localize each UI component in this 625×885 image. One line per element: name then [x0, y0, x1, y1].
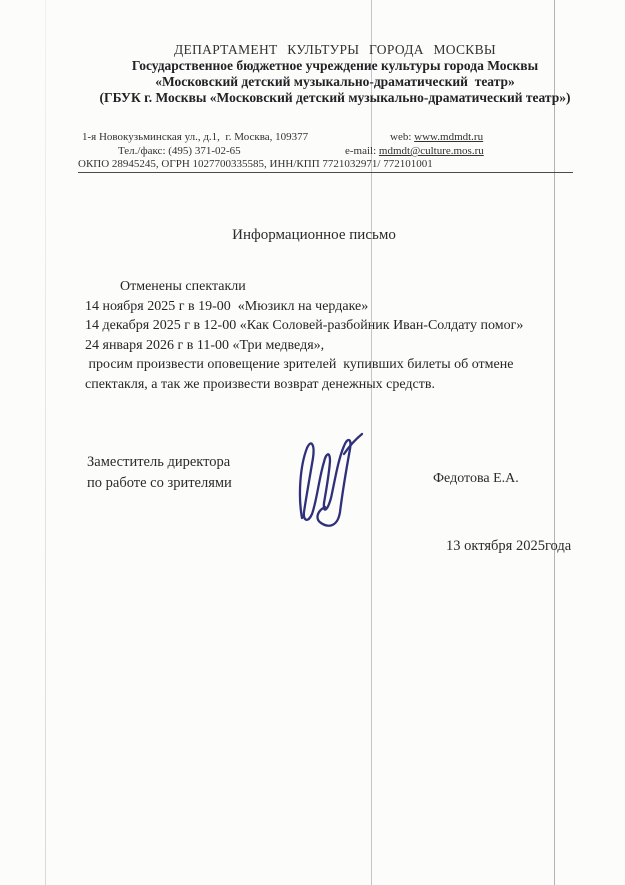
- web-label: web:: [390, 131, 414, 143]
- scanned-letter-page: ДЕПАРТАМЕНТ КУЛЬТУРЫ ГОРОДА МОСКВЫ Госуд…: [0, 0, 625, 885]
- signer-position-line2: по работе со зрителями: [87, 473, 232, 494]
- web-row: web: www.mdmdt.ru: [390, 131, 483, 143]
- body-line-cancelled: Отменены спектакли: [85, 277, 585, 297]
- email-label: e-mail:: [345, 145, 379, 157]
- phone-fax: Тел./факс: (495) 371-02-65: [118, 145, 241, 157]
- body-line-request1: просим произвести оповещение зрителей ку…: [85, 355, 585, 375]
- body-line-show1: 14 ноября 2025 г в 19-00 «Мюзикл на черд…: [85, 297, 585, 317]
- body-line-show3: 24 января 2026 г в 11-00 «Три медведя»,: [85, 336, 585, 356]
- scan-fold-line-right: [554, 0, 555, 885]
- department-name: ДЕПАРТАМЕНТ КУЛЬТУРЫ ГОРОДА МОСКВЫ: [65, 41, 605, 58]
- signer-name: Федотова Е.А.: [433, 471, 519, 487]
- letterhead: ДЕПАРТАМЕНТ КУЛЬТУРЫ ГОРОДА МОСКВЫ Госуд…: [65, 41, 605, 106]
- signer-position-line1: Заместитель директора: [87, 452, 232, 473]
- document-date: 13 октября 2025года: [446, 538, 571, 555]
- email-row: e-mail: mdmdt@culture.mos.ru: [345, 145, 484, 157]
- website-url: www.mdmdt.ru: [414, 131, 483, 143]
- scan-fold-line-left: [45, 0, 46, 885]
- theater-name-official: (ГБУК г. Москвы «Московский детский музы…: [65, 90, 605, 106]
- body-line-show2: 14 декабря 2025 г в 12-00 «Как Соловей-р…: [85, 316, 585, 336]
- registration-codes: ОКПО 28945245, ОГРН 1027700335585, ИНН/К…: [78, 158, 573, 173]
- theater-name: «Московский детский музыкально-драматиче…: [65, 74, 605, 90]
- letter-body: Отменены спектакли 14 ноября 2025 г в 19…: [85, 277, 585, 394]
- postal-address: 1-я Новокузьминская ул., д.1, г. Москва,…: [82, 131, 308, 143]
- signer-position: Заместитель директора по работе со зрите…: [87, 452, 232, 494]
- handwritten-signature: [288, 428, 376, 530]
- body-line-request2: спектакля, а так же произвести возврат д…: [85, 375, 585, 395]
- document-title: Информационное письмо: [85, 227, 543, 244]
- email-address: mdmdt@culture.mos.ru: [379, 145, 484, 157]
- institution-type: Государственное бюджетное учреждение кул…: [65, 58, 605, 74]
